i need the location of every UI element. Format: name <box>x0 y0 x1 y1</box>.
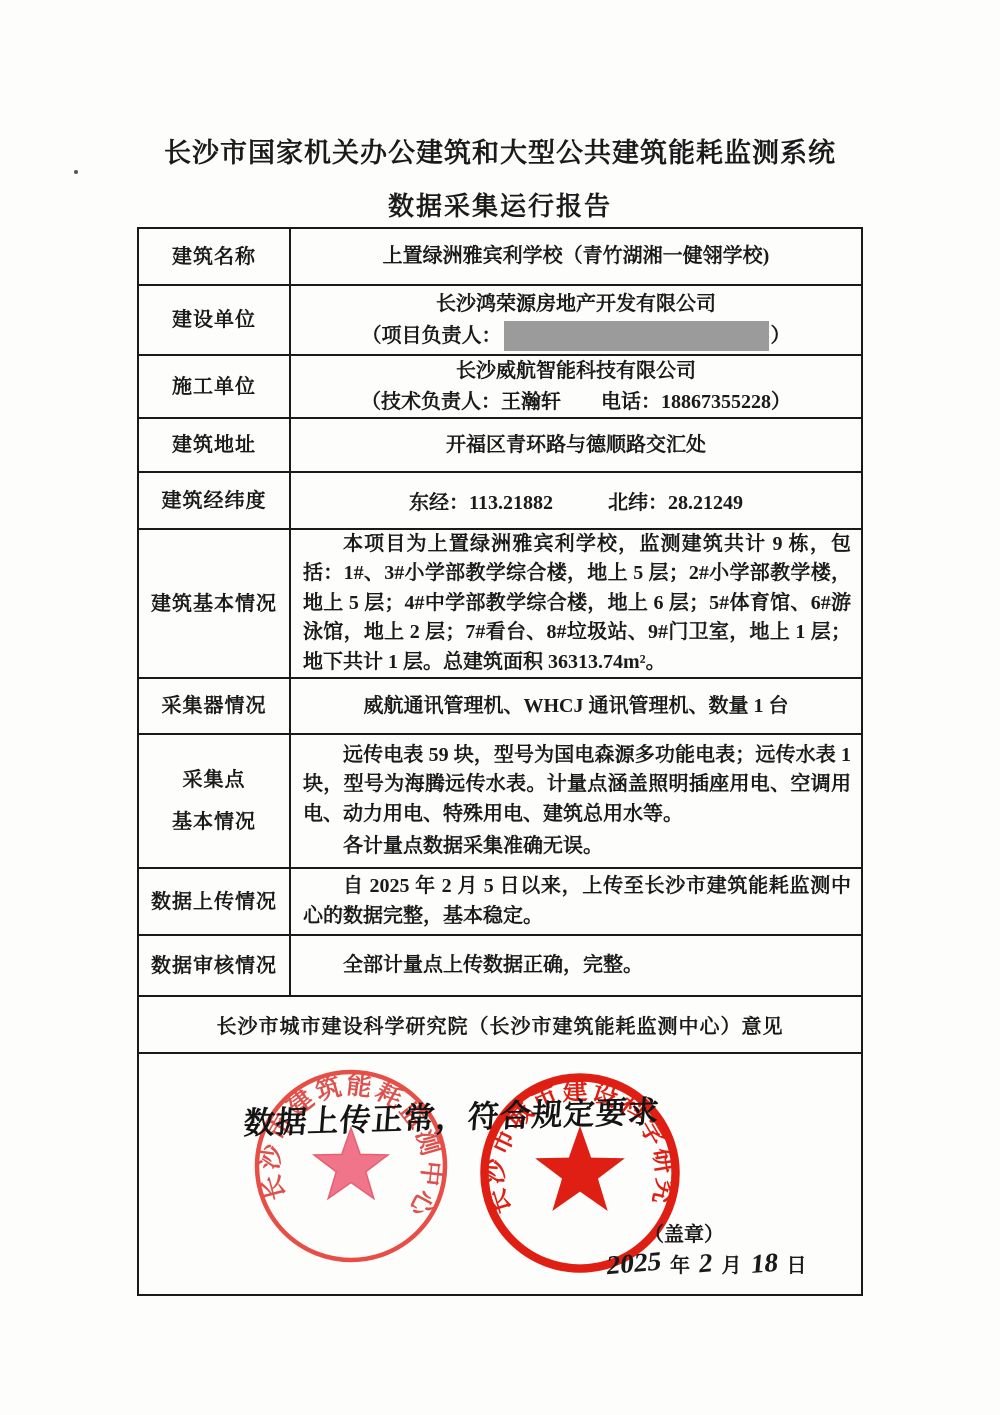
opinion-header-text: 长沙市城市建设科学研究院（长沙市建筑能耗监测中心）意见 <box>217 1010 784 1039</box>
row-label-line2: 基本情况 <box>172 807 256 837</box>
row-label: 采集器情况 <box>139 679 291 733</box>
date-month-number: 2 <box>698 1247 714 1279</box>
metering-points-text: 远传电表 59 块，型号为国电森源多功能电表；远传水表 1 块，型号为海腾远传水… <box>291 738 861 832</box>
date-day-number: 18 <box>749 1247 779 1280</box>
longitude-value: 东经：113.21882 <box>409 486 553 515</box>
table-row-building-overview: 建筑基本情况 本项目为上置绿洲雅宾利学校，监测建筑共计 9 栋，包括：1#、3#… <box>139 528 861 677</box>
metering-points-accuracy: 各计量点数据采集准确无误。 <box>291 832 861 864</box>
upload-status-text: 自 2025 年 2 月 5 日以来，上传至长沙市建筑能耗监测中心的数据完整，基… <box>291 869 861 934</box>
building-overview-text: 本项目为上置绿洲雅宾利学校，监测建筑共计 9 栋，包括：1#、3#小学部教学综合… <box>291 527 861 680</box>
row-label: 建筑地址 <box>139 419 291 471</box>
contractor-company: 长沙威航智能科技有限公司 <box>456 356 696 387</box>
building-address: 开福区青环路与德顺路交汇处 <box>446 430 706 461</box>
page-title: 长沙市国家机关办公建筑和大型公共建筑能耗监测系统 <box>0 131 1000 170</box>
table-row-address: 建筑地址 开福区青环路与德顺路交汇处 <box>139 417 861 471</box>
project-manager-suffix: ） <box>771 320 791 352</box>
table-row-coordinates: 建筑经纬度 东经：113.21882 北纬：28.21249 <box>139 471 861 528</box>
table-row-metering-points: 采集点 基本情况 远传电表 59 块，型号为国电森源多功能电表；远传水表 1 块… <box>139 733 861 867</box>
stamp-area: 长沙市建筑能耗监测中心 长沙市城市建设科学研究院 数据上传正常，符合规定要求 （… <box>139 1052 861 1294</box>
table-row-collector-status: 采集器情况 威航通讯管理机、WHCJ 通讯管理机、数量 1 台 <box>139 677 861 733</box>
review-status-text: 全部计量点上传数据正确，完整。 <box>291 948 861 983</box>
row-label-line1: 采集点 <box>183 765 246 795</box>
redaction-box <box>504 321 769 351</box>
contractor-contact: （技术负责人：王瀚轩 电话：18867355228） <box>361 387 791 418</box>
row-label: 建设单位 <box>139 286 291 354</box>
latitude-value: 北纬：28.21249 <box>608 486 743 515</box>
seal-here-label: （盖章） <box>644 1218 724 1247</box>
table-row-review-status: 数据审核情况 全部计量点上传数据正确，完整。 <box>139 934 861 995</box>
report-table: 建筑名称 上置绿洲雅宾利学校（青竹湖湘一健翎学校) 建设单位 长沙鸿荣源房地产开… <box>137 227 863 1296</box>
stamp-star-icon <box>535 1126 625 1211</box>
date-year-unit: 年 <box>670 1249 690 1278</box>
page-subtitle: 数据采集运行报告 <box>0 186 1000 223</box>
table-row-building-name: 建筑名称 上置绿洲雅宾利学校（青竹湖湘一健翎学校) <box>139 229 861 284</box>
row-label: 施工单位 <box>139 356 291 417</box>
project-manager-prefix: （项目负责人： <box>362 320 502 352</box>
date-year-number: 2025 <box>605 1246 662 1282</box>
scan-speck <box>74 170 78 174</box>
row-label: 数据上传情况 <box>139 869 291 934</box>
collector-status-value: 威航通讯管理机、WHCJ 通讯管理机、数量 1 台 <box>364 691 789 722</box>
row-label: 建筑基本情况 <box>139 530 291 677</box>
approval-date: 2025 年 2 月 18 日 <box>607 1248 807 1279</box>
table-row-contractor: 施工单位 长沙威航智能科技有限公司 （技术负责人：王瀚轩 电话：18867355… <box>139 354 861 417</box>
date-day-unit: 日 <box>787 1249 807 1278</box>
construction-company: 长沙鸿荣源房地产开发有限公司 <box>436 289 716 320</box>
opinion-header-row: 长沙市城市建设科学研究院（长沙市建筑能耗监测中心）意见 <box>139 995 861 1052</box>
report-sheet: 长沙市国家机关办公建筑和大型公共建筑能耗监测系统 数据采集运行报告 建筑名称 上… <box>0 0 1000 1415</box>
row-label: 建筑经纬度 <box>139 473 291 528</box>
row-label: 建筑名称 <box>139 229 291 284</box>
row-label: 数据审核情况 <box>139 936 291 995</box>
building-name-value: 上置绿洲雅宾利学校（青竹湖湘一健翎学校) <box>383 241 770 272</box>
date-month-unit: 月 <box>722 1249 742 1278</box>
table-row-construction-unit: 建设单位 长沙鸿荣源房地产开发有限公司 （项目负责人： ） <box>139 284 861 354</box>
project-manager-line: （项目负责人： ） <box>362 320 791 352</box>
table-row-upload-status: 数据上传情况 自 2025 年 2 月 5 日以来，上传至长沙市建筑能耗监测中心… <box>139 867 861 934</box>
